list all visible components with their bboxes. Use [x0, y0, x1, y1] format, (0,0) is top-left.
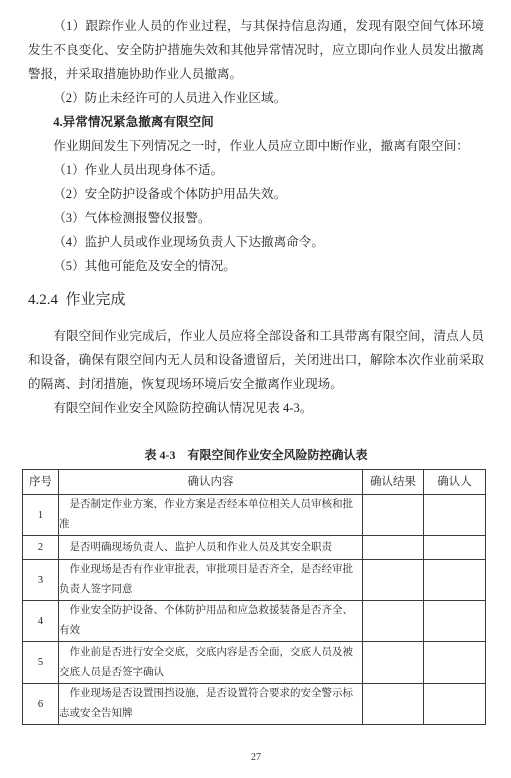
evacuation-item: （4）监护人员或作业现场负责人下达撤离命令。 [28, 230, 484, 254]
row-content-cell: 是否制定作业方案，作业方案是否经本单位相关人员审核和批准 [59, 495, 363, 536]
evacuation-item: （1）作业人员出现身体不适。 [28, 158, 484, 182]
column-header-content: 确认内容 [59, 470, 363, 495]
section-heading-4-2-4: 4.2.4 作业完成 [28, 287, 484, 313]
risk-confirmation-table: 序号 确认内容 确认结果 确认人 1 是否制定作业方案，作业方案是否经本单位相关… [22, 469, 486, 725]
paragraph-monitor-duty-1: （1）跟踪作业人员的作业过程，与其保持信息沟通，发现有限空间气体环境发生不良变化… [28, 14, 484, 86]
evacuation-item: （2）安全防护设备或个体防护用品失效。 [28, 182, 484, 206]
column-header-person: 确认人 [424, 470, 486, 495]
table-caption: 表 4-3 有限空间作业安全风险防控确认表 [28, 447, 484, 463]
document-page: （1）跟踪作业人员的作业过程，与其保持信息沟通，发现有限空间气体环境发生不良变化… [0, 0, 511, 778]
table-row: 6 作业现场是否设置围挡设施，是否设置符合要求的安全警示标志或安全告知牌 [23, 684, 486, 725]
paragraph-completion: 有限空间作业完成后，作业人员应将全部设备和工具带离有限空间，清点人员和设备，确保… [28, 324, 484, 396]
row-person-cell [424, 560, 486, 601]
row-serial-cell: 2 [23, 536, 59, 560]
row-serial-cell: 6 [23, 684, 59, 725]
row-content-cell: 作业现场是否设置围挡设施，是否设置符合要求的安全警示标志或安全告知牌 [59, 684, 363, 725]
row-content-cell: 作业安全防护设备、个体防护用品和应急救援装备是否齐全、有效 [59, 601, 363, 642]
table-row: 1 是否制定作业方案，作业方案是否经本单位相关人员审核和批准 [23, 495, 486, 536]
row-result-cell [363, 601, 424, 642]
row-serial-cell: 3 [23, 560, 59, 601]
row-result-cell [363, 684, 424, 725]
paragraph-table-reference: 有限空间作业安全风险防控确认情况见表 4-3。 [28, 396, 484, 420]
column-header-serial: 序号 [23, 470, 59, 495]
row-serial-cell: 1 [23, 495, 59, 536]
table-row: 2 是否明确现场负责人、监护人员和作业人员及其安全职责 [23, 536, 486, 560]
evacuation-intro: 作业期间发生下列情况之一时，作业人员应立即中断作业，撤离有限空间： [28, 134, 484, 158]
column-header-result: 确认结果 [363, 470, 424, 495]
row-person-cell [424, 601, 486, 642]
row-person-cell [424, 684, 486, 725]
row-result-cell [363, 536, 424, 560]
table-row: 5 作业前是否进行安全交底，交底内容是否全面，交底人员及被交底人员是否签字确认 [23, 642, 486, 684]
evacuation-item: （5）其他可能危及安全的情况。 [28, 254, 484, 278]
row-result-cell [363, 642, 424, 684]
row-person-cell [424, 536, 486, 560]
row-result-cell [363, 495, 424, 536]
row-content-cell: 作业前是否进行安全交底，交底内容是否全面，交底人员及被交底人员是否签字确认 [59, 642, 363, 684]
evacuation-item: （3）气体检测报警仪报警。 [28, 206, 484, 230]
row-content-cell: 作业现场是否有作业审批表，审批项目是否齐全，是否经审批负责人签字同意 [59, 560, 363, 601]
row-result-cell [363, 560, 424, 601]
evacuation-heading: 4.异常情况紧急撤离有限空间 [28, 110, 484, 134]
row-content-cell: 是否明确现场负责人、监护人员和作业人员及其安全职责 [59, 536, 363, 560]
table-header-row: 序号 确认内容 确认结果 确认人 [23, 470, 486, 495]
row-person-cell [424, 495, 486, 536]
paragraph-monitor-duty-2: （2）防止未经许可的人员进入作业区域。 [28, 86, 484, 110]
row-person-cell [424, 642, 486, 684]
row-serial-cell: 5 [23, 642, 59, 684]
page-number: 27 [28, 752, 484, 763]
row-serial-cell: 4 [23, 601, 59, 642]
table-row: 4 作业安全防护设备、个体防护用品和应急救援装备是否齐全、有效 [23, 601, 486, 642]
table-row: 3 作业现场是否有作业审批表，审批项目是否齐全，是否经审批负责人签字同意 [23, 560, 486, 601]
